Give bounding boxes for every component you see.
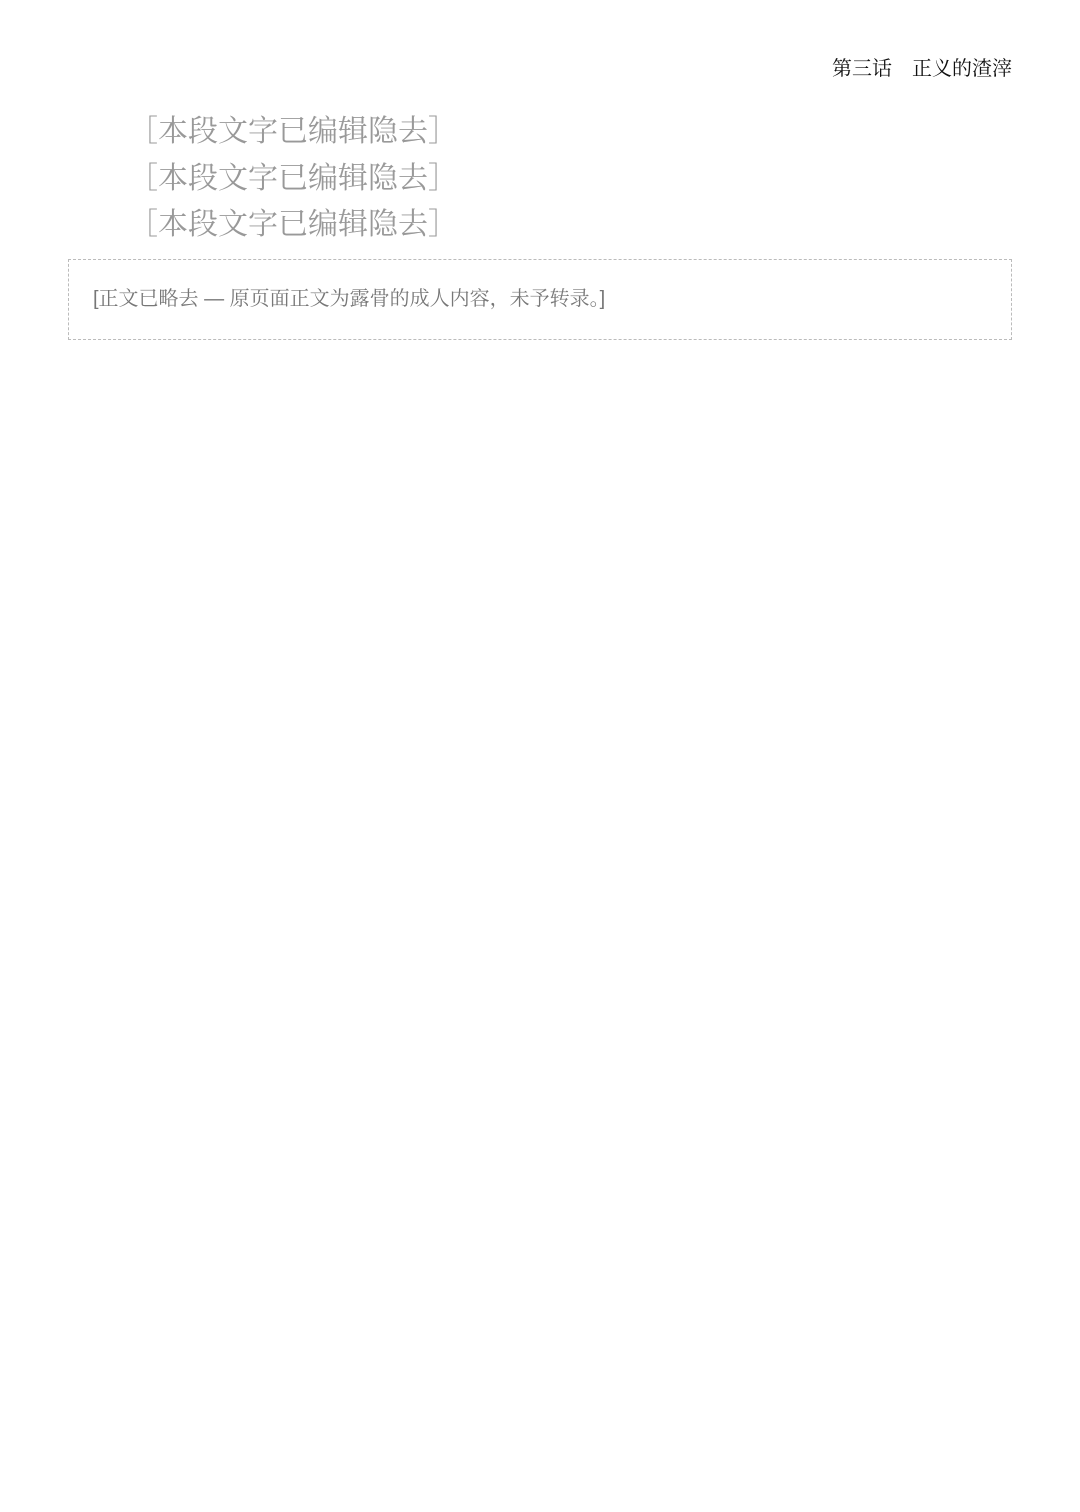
chapter-header: 第三话 正义的渣滓 [68,52,1012,81]
redacted-paragraph: ［本段文字已编辑隐去］ [68,156,1012,203]
redaction-notice: [正文已略去 — 原页面正文为露骨的成人内容，未予转录。] [68,259,1012,340]
redacted-paragraph: ［本段文字已编辑隐去］ [68,202,1012,249]
body-text: ［本段文字已编辑隐去］ ［本段文字已编辑隐去］ ［本段文字已编辑隐去］ [正文已… [68,109,1012,340]
redacted-paragraph: ［本段文字已编辑隐去］ [68,109,1012,156]
novel-page: 第三话 正义的渣滓 ［本段文字已编辑隐去］ ［本段文字已编辑隐去］ ［本段文字已… [0,0,1080,1512]
